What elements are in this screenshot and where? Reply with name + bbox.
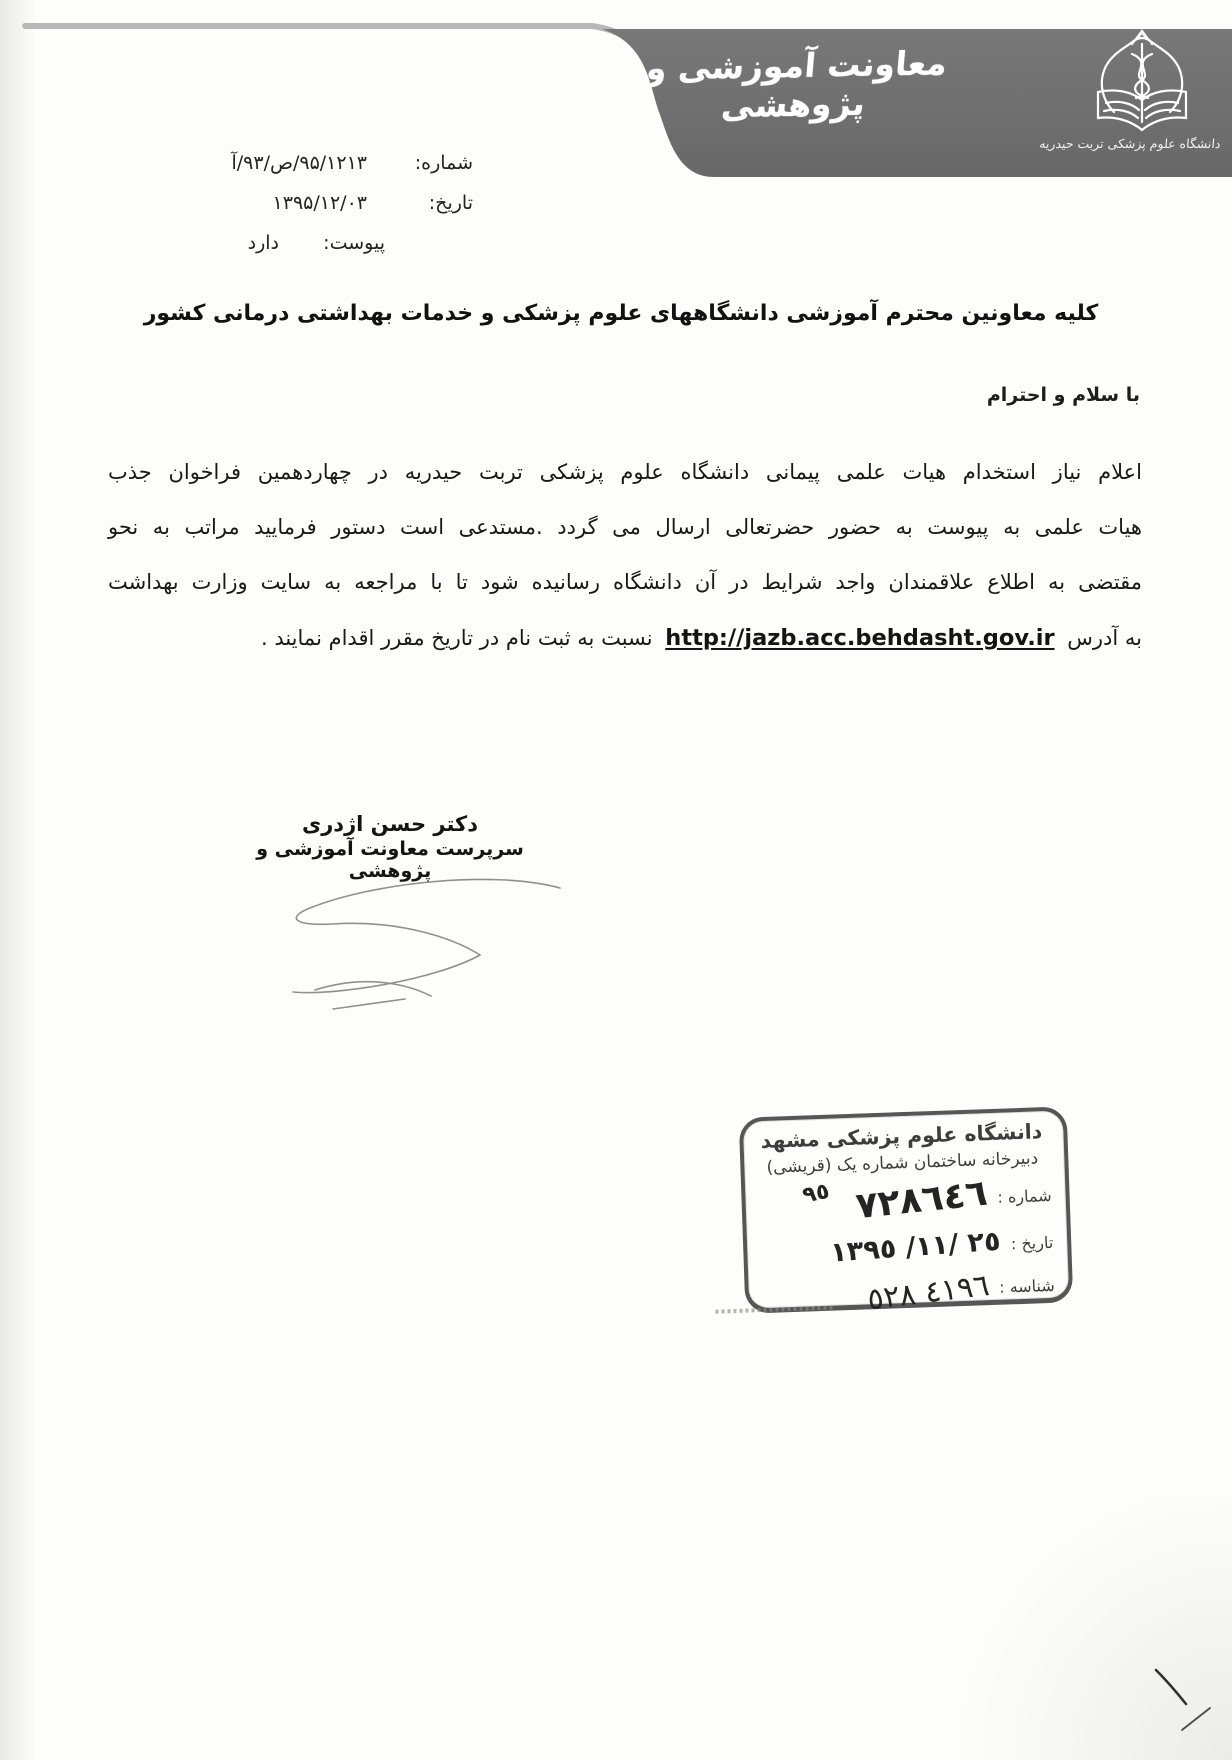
stamp-date-handwritten: ١٣٩٥ /١١/ ٢٥	[830, 1225, 1002, 1268]
meta-date-value: ۱۳۹۵/۱۲/۰۳	[273, 192, 367, 214]
scan-shadow-left	[0, 0, 36, 1760]
registry-stamp: دانشگاه علوم پزشکی مشهد دبیرخانه ساختمان…	[739, 1106, 1074, 1313]
meta-date-label: تاریخ:	[367, 192, 473, 214]
recipient-heading: کلیه معاونین محترم آموزشی دانشگاههای علو…	[105, 301, 1137, 326]
letterhead-title: معاونت آموزشی و پژوهشی	[611, 43, 978, 127]
scanned-letter-page: معاونت آموزشی و پژوهشی دانشگاه علوم پزشک…	[0, 0, 1232, 1760]
stamp-id-text: ٥٢٨ ٤١٩٦	[866, 1267, 992, 1317]
stamp-number-text: ٧٢٨٦٤٦	[854, 1172, 989, 1227]
meta-number-value-text: آ/۹۳/ص/۹۵/۱۲۱۳	[232, 152, 368, 174]
stamp-date-label: تاریخ :	[1011, 1232, 1054, 1252]
body-line-4: به آدرس http://jazb.acc.behdasht.gov.ir …	[108, 625, 1142, 651]
stamp-number-label: شماره :	[997, 1185, 1052, 1206]
meta-attachment-value: دارد	[248, 232, 279, 254]
stamp-year-handwritten: ٩٥	[800, 1178, 831, 1208]
meta-number-value: آ/۹۳/ص/۹۵/۱۲۱۳	[232, 152, 368, 174]
stamp-organization: دانشگاه علوم پزشکی مشهد	[753, 1119, 1050, 1153]
meta-date-row: تاریخ: ۱۳۹۵/۱۲/۰۳	[232, 192, 474, 232]
body-line-2: هیات علمی به پیوست به حضور حضرتعالی ارسا…	[108, 515, 1142, 539]
meta-attachment-row: پیوست: دارد	[232, 232, 386, 272]
letterhead-university-name: دانشگاه علوم پزشکی تربت حیدریه	[1029, 136, 1230, 151]
letter-meta: شماره: آ/۹۳/ص/۹۵/۱۲۱۳ تاریخ: ۱۳۹۵/۱۲/۰۳ …	[232, 152, 474, 272]
stamp-id-label: شناسه :	[999, 1275, 1055, 1296]
stamp-date-text: ١٣٩٥ /١١/ ٢٥	[830, 1225, 1002, 1268]
body-line-4-suffix: نسبت به ثبت نام در تاریخ مقرر اقدام نمای…	[261, 626, 653, 650]
corner-pen-marks	[1140, 1650, 1232, 1750]
registration-url: http://jazb.acc.behdasht.gov.ir	[659, 625, 1060, 651]
stamp-id-handwritten: ٥٢٨ ٤١٩٦	[866, 1267, 992, 1317]
salutation: با سلام و احترام	[987, 384, 1140, 406]
meta-attachment-label: پیوست:	[279, 232, 385, 254]
meta-date-value-text: ۱۳۹۵/۱۲/۰۳	[273, 192, 367, 214]
stamp-year-text: ٩٥	[800, 1178, 831, 1208]
letterhead-top-rule	[25, 26, 712, 152]
meta-number-label: شماره:	[367, 152, 473, 174]
body-line-3: مقتضی به اطلاع علاقمندان واجد شرایط در آ…	[108, 570, 1142, 594]
signer-name: دکتر حسن اژدری	[235, 812, 545, 836]
body-line-4-prefix: به آدرس	[1067, 626, 1142, 650]
meta-number-row: شماره: آ/۹۳/ص/۹۵/۱۲۱۳	[232, 152, 474, 192]
stamp-number-handwritten: ٧٢٨٦٤٦	[854, 1172, 989, 1227]
body-line-1: اعلام نیاز استخدام هیات علمی پیمانی دانش…	[108, 460, 1142, 484]
handwritten-signature	[255, 868, 585, 1018]
